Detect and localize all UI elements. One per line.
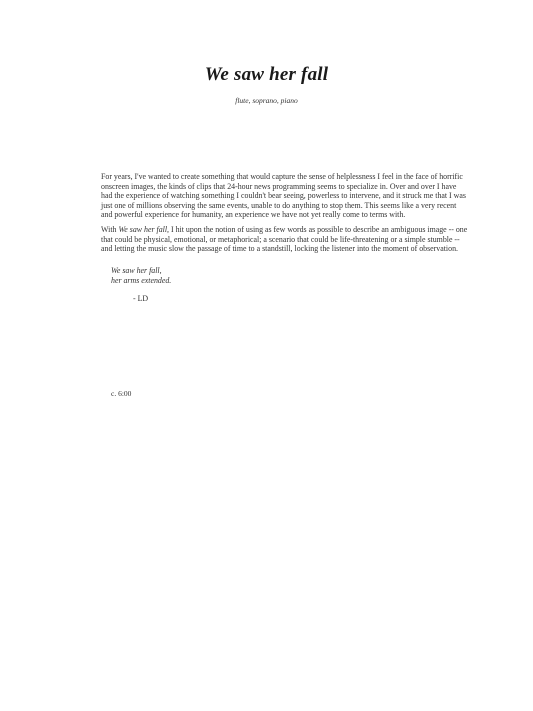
instrumentation: flute, soprano, piano [0, 96, 533, 105]
author-signature: - LD [133, 294, 148, 303]
text-fragment: I hit upon the notion of using as few wo… [169, 225, 467, 234]
text-line: With We saw her fall, I hit upon the not… [101, 225, 441, 235]
text-line: and powerful experience for humanity, an… [101, 210, 441, 220]
text-line: that could be physical, emotional, or me… [101, 235, 441, 245]
poem-excerpt: We saw her fall, her arms extended. [111, 266, 171, 285]
piece-title: We saw her fall [0, 64, 533, 86]
text-line: For years, I've wanted to create somethi… [101, 172, 441, 182]
program-note-paragraph-2: With We saw her fall, I hit upon the not… [101, 225, 441, 254]
program-note-paragraph-1: For years, I've wanted to create somethi… [101, 172, 441, 220]
poem-line: her arms extended. [111, 276, 171, 286]
poem-line: We saw her fall, [111, 266, 171, 276]
document-page: We saw her fall flute, soprano, piano Fo… [0, 0, 533, 711]
text-line: just one of millions observing the same … [101, 201, 441, 211]
text-line: and letting the music slow the passage o… [101, 244, 441, 254]
text-fragment: With [101, 225, 118, 234]
text-line: had the experience of watching something… [101, 191, 441, 201]
duration: c. 6:00 [111, 389, 131, 398]
italic-title-reference: We saw her fall, [118, 225, 169, 234]
text-line: onscreen images, the kinds of clips that… [101, 182, 441, 192]
